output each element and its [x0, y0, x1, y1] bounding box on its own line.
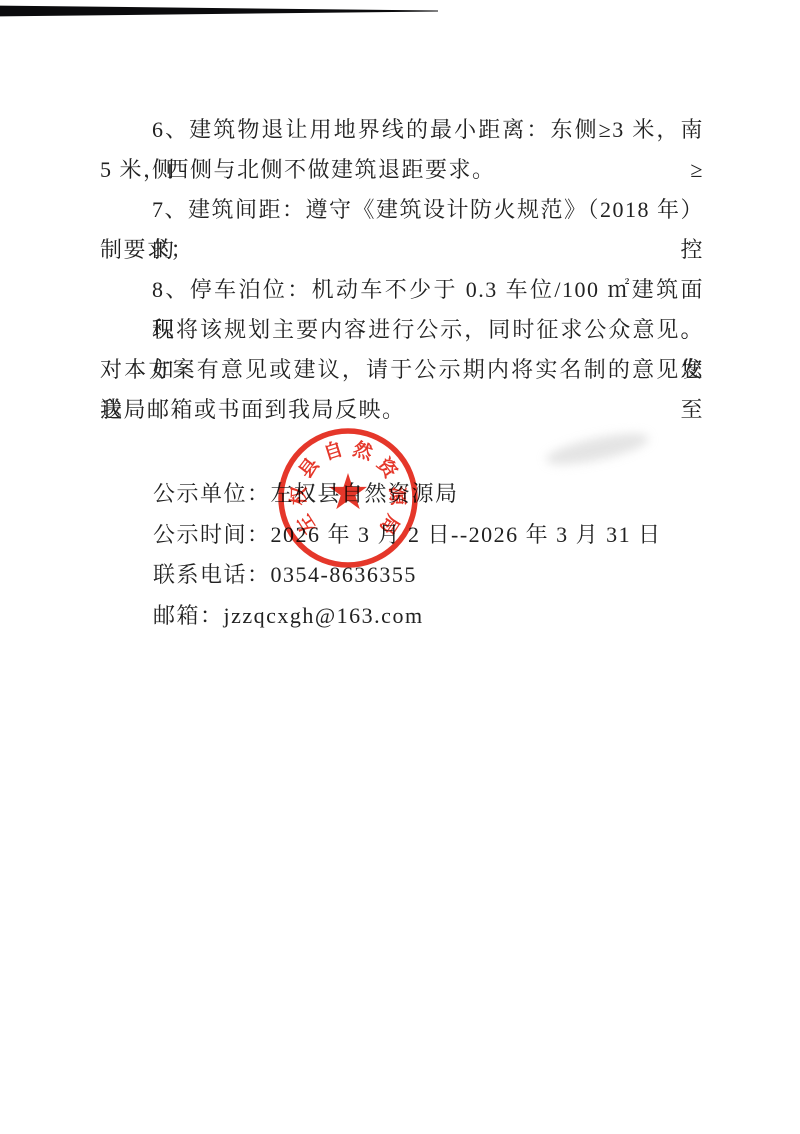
notice-body: 6、建筑物退让用地界线的最小距离：东侧≥3 米，南侧≥ 5 米，西侧与北侧不做建… [100, 110, 704, 430]
body-line: 对本方案有意见或建议，请于公示期内将实名制的意见发送至 [100, 350, 704, 390]
seal-char: 左 [291, 510, 321, 538]
scan-artifact-top [0, 5, 438, 17]
star-icon [329, 473, 367, 509]
email-label: 邮箱： [153, 603, 224, 628]
body-line: 7、建筑间距：遵守《建筑设计防火规范》（2018 年）的控 [100, 190, 704, 230]
period-label: 公示时间： [153, 522, 271, 547]
seal-char: 自 [321, 437, 346, 465]
email-line: 邮箱：jzzqcxgh@163.com [153, 596, 662, 637]
seal-char: 源 [386, 486, 409, 507]
body-line: 6、建筑物退让用地界线的最小距离：东侧≥3 米，南侧≥ [100, 110, 704, 150]
seal-char: 县 [295, 454, 324, 482]
publisher-label: 公示单位： [153, 481, 271, 506]
scan-artifact-smudge [544, 427, 651, 470]
email-value: jzzqcxgh@163.com [224, 603, 424, 628]
body-line: 8、停车泊位：机动车不少于 0.3 车位/100 ㎡建筑面积。 [100, 270, 704, 310]
seal-char: 局 [375, 510, 404, 538]
official-seal: 左 权 县 自 然 资 源 局 [277, 427, 419, 569]
document-page: 6、建筑物退让用地界线的最小距离：东侧≥3 米，南侧≥ 5 米，西侧与北侧不做建… [0, 0, 800, 1134]
phone-label: 联系电话： [153, 562, 271, 587]
seal-char: 然 [350, 437, 376, 465]
seal-char: 权 [287, 485, 311, 506]
body-line: 现将该规划主要内容进行公示，同时征求公众意见。如您 [100, 310, 704, 350]
